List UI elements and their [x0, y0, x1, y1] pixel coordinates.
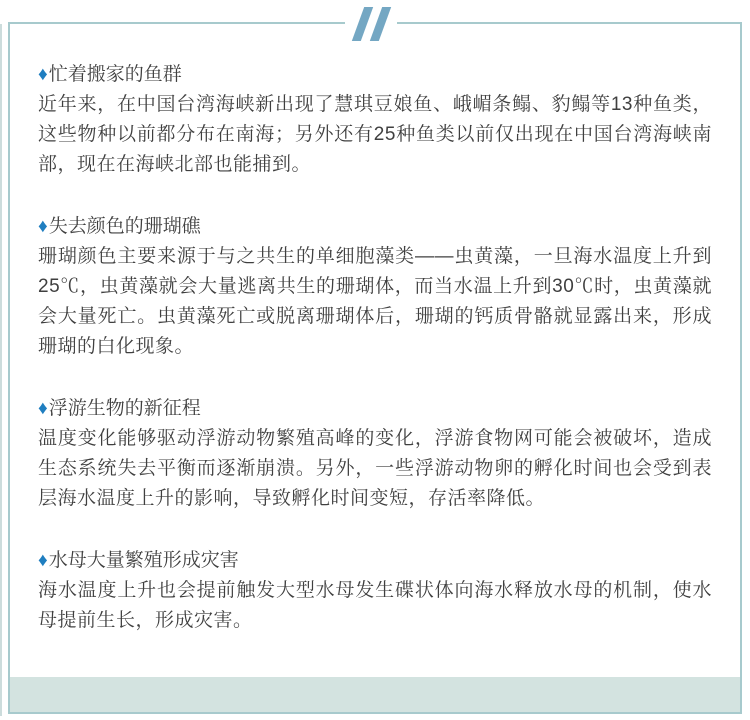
- section-body: 珊瑚颜色主要来源于与之共生的单细胞藻类——虫黄藻，一旦海水温度上升到25℃，虫黄…: [38, 242, 712, 362]
- section-heading: ♦浮游生物的新征程: [38, 394, 712, 424]
- diamond-bullet-icon: ♦: [38, 550, 48, 571]
- diamond-bullet-icon: ♦: [38, 64, 48, 85]
- diamond-bullet-icon: ♦: [38, 398, 48, 419]
- section-body: 近年来，在中国台湾海峡新出现了慧琪豆娘鱼、峨嵋条鳎、豹鳎等13种鱼类，这些物种以…: [38, 90, 712, 180]
- section-heading: ♦水母大量繁殖形成灾害: [38, 546, 712, 576]
- slash-bar-icon: [369, 7, 390, 41]
- section-jellyfish: ♦水母大量繁殖形成灾害 海水温度上升也会提前触发大型水母发生碟状体向海水释放水母…: [38, 546, 712, 636]
- footer-band: [10, 677, 740, 712]
- section-heading: ♦失去颜色的珊瑚礁: [38, 212, 712, 242]
- section-heading-text: 忙着搬家的鱼群: [49, 64, 182, 85]
- left-edge-line: [0, 24, 2, 716]
- section-fish: ♦忙着搬家的鱼群 近年来，在中国台湾海峡新出现了慧琪豆娘鱼、峨嵋条鳎、豹鳎等13…: [38, 60, 712, 180]
- section-body: 温度变化能够驱动浮游动物繁殖高峰的变化，浮游食物网可能会被破坏，造成生态系统失去…: [38, 424, 712, 514]
- article-content: ♦忙着搬家的鱼群 近年来，在中国台湾海峡新出现了慧琪豆娘鱼、峨嵋条鳎、豹鳎等13…: [38, 60, 712, 668]
- section-heading-text: 失去颜色的珊瑚礁: [49, 216, 201, 237]
- section-heading-text: 水母大量繁殖形成灾害: [49, 550, 239, 571]
- section-heading: ♦忙着搬家的鱼群: [38, 60, 712, 90]
- section-body: 海水温度上升也会提前触发大型水母发生碟状体向海水释放水母的机制，使水母提前生长，…: [38, 576, 712, 636]
- article-page: ♦忙着搬家的鱼群 近年来，在中国台湾海峡新出现了慧琪豆娘鱼、峨嵋条鳎、豹鳎等13…: [0, 0, 750, 720]
- section-heading-text: 浮游生物的新征程: [49, 398, 201, 419]
- quote-slashes-icon: [345, 4, 397, 44]
- section-plankton: ♦浮游生物的新征程 温度变化能够驱动浮游动物繁殖高峰的变化，浮游食物网可能会被破…: [38, 394, 712, 514]
- slash-bar-icon: [351, 7, 372, 41]
- diamond-bullet-icon: ♦: [38, 216, 48, 237]
- section-coral: ♦失去颜色的珊瑚礁 珊瑚颜色主要来源于与之共生的单细胞藻类——虫黄藻，一旦海水温…: [38, 212, 712, 362]
